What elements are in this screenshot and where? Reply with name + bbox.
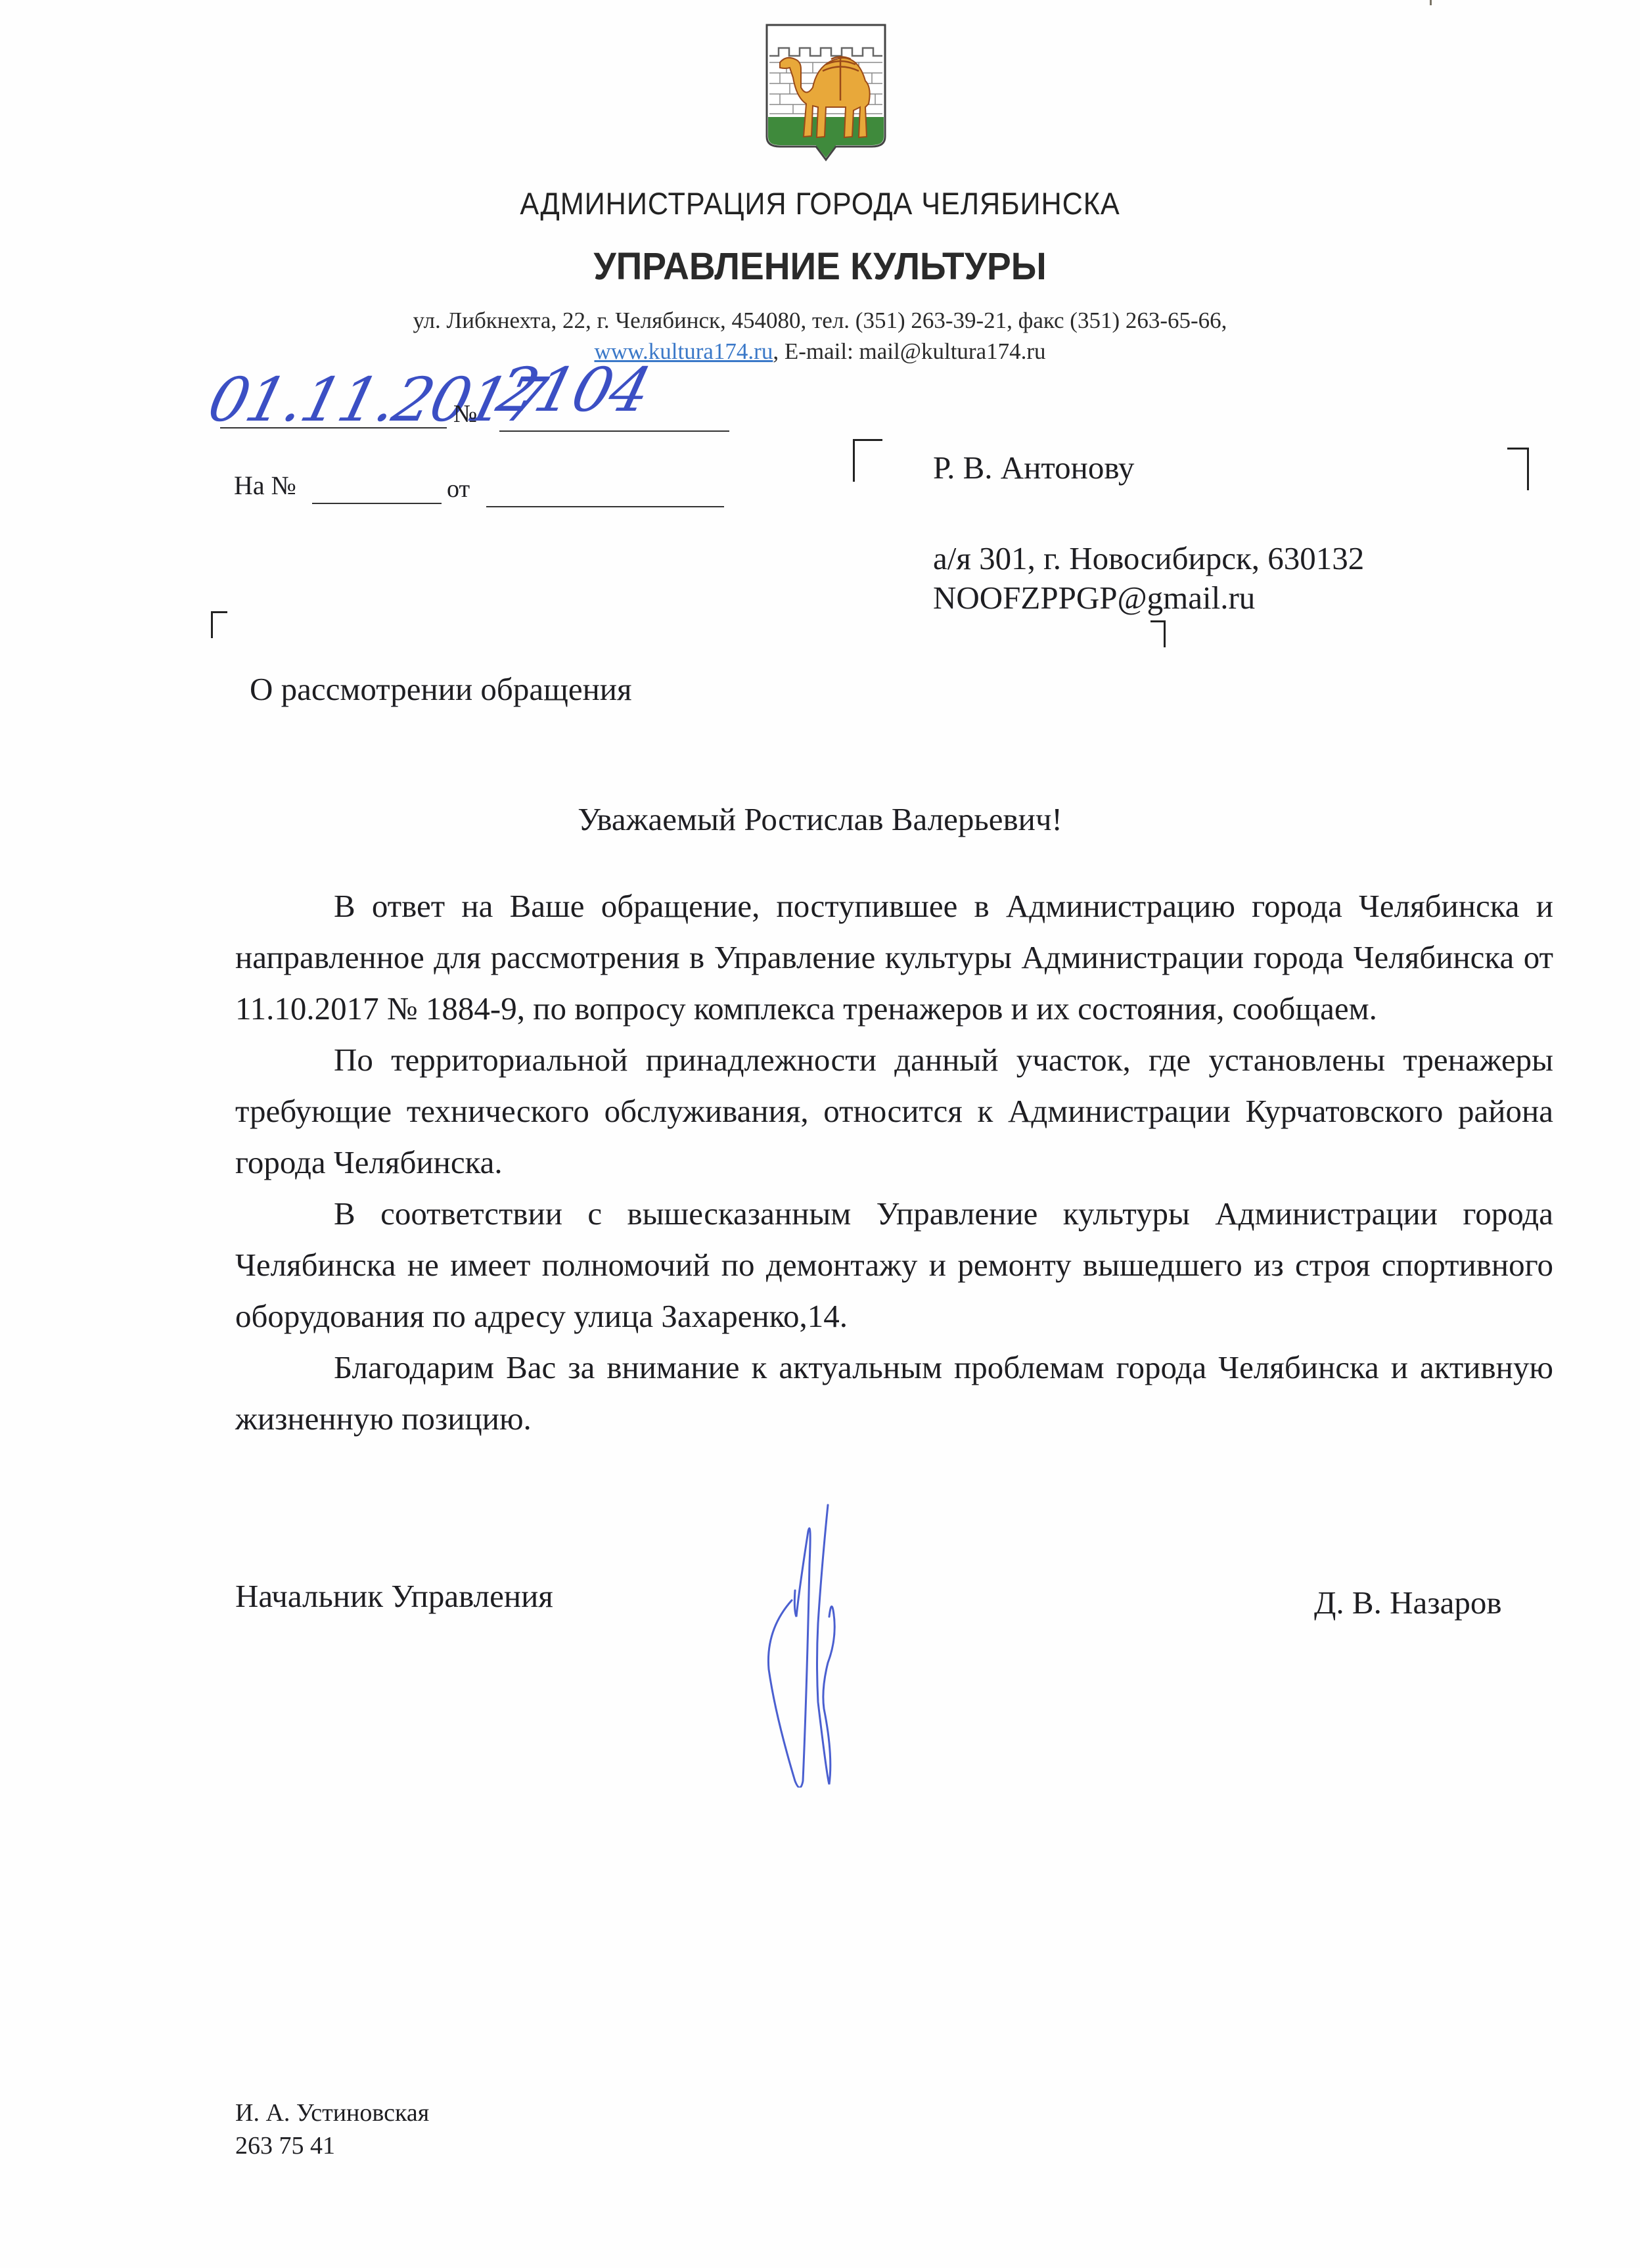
signer-name: Д. В. Назаров	[1314, 1584, 1501, 1621]
body-paragraph: В ответ на Ваше обращение, поступившее в…	[235, 881, 1553, 1034]
organization-name: АДМИНИСТРАЦИЯ ГОРОДА ЧЕЛЯБИНСКА	[66, 185, 1574, 221]
reference-number-underline	[312, 503, 442, 504]
reference-date-underline	[486, 506, 724, 507]
letter-subject: О рассмотрении обращения	[250, 670, 632, 708]
contact-line: www.kultura174.ru, E-mail: mail@kultura1…	[0, 338, 1640, 365]
body-paragraph: Благодарим Вас за внимание к актуальным …	[235, 1342, 1553, 1445]
registration-number-underline	[499, 430, 729, 432]
registration-number-handwritten: 2104	[491, 355, 657, 425]
reference-number-label: На №	[234, 470, 296, 501]
signer-title: Начальник Управления	[235, 1577, 553, 1615]
body-paragraph: По территориальной принадлежности данный…	[235, 1034, 1553, 1188]
address-corner-top-left	[853, 439, 882, 482]
body-paragraph: В соответствии с вышесказанным Управлени…	[235, 1188, 1553, 1342]
salutation: Уважаемый Ростислав Валерьевич!	[0, 800, 1640, 838]
address-corner-top-right	[1507, 448, 1529, 490]
email-text: , E-mail: mail@kultura174.ru	[773, 338, 1045, 364]
executor-phone: 263 75 41	[235, 2131, 335, 2160]
recipient-postal-address: а/я 301, г. Новосибирск, 630132	[933, 539, 1364, 578]
registration-number-label: №	[453, 400, 477, 428]
department-name: УПРАВЛЕНИЕ КУЛЬТУРЫ	[41, 244, 1599, 289]
executor-name: И. А. Устиновская	[235, 2098, 429, 2127]
recipient-address: а/я 301, г. Новосибирск, 630132 NOOFZPPG…	[933, 539, 1364, 618]
registration-date-underline	[220, 427, 447, 428]
handwritten-signature-icon	[756, 1492, 887, 1788]
recipient-name: Р. В. Антонову	[933, 449, 1134, 486]
letter-body: В ответ на Ваше обращение, поступившее в…	[235, 881, 1553, 1445]
recipient-email: NOOFZPPGP@gmail.ru	[933, 578, 1364, 618]
department-address: ул. Либкнехта, 22, г. Челябинск, 454080,…	[0, 308, 1640, 334]
subject-corner-top-right	[1150, 620, 1166, 647]
coat-of-arms-icon	[760, 22, 892, 163]
subject-corner-top-left	[211, 611, 227, 638]
scan-artifact	[1430, 0, 1432, 5]
reference-date-label: от	[447, 474, 470, 503]
